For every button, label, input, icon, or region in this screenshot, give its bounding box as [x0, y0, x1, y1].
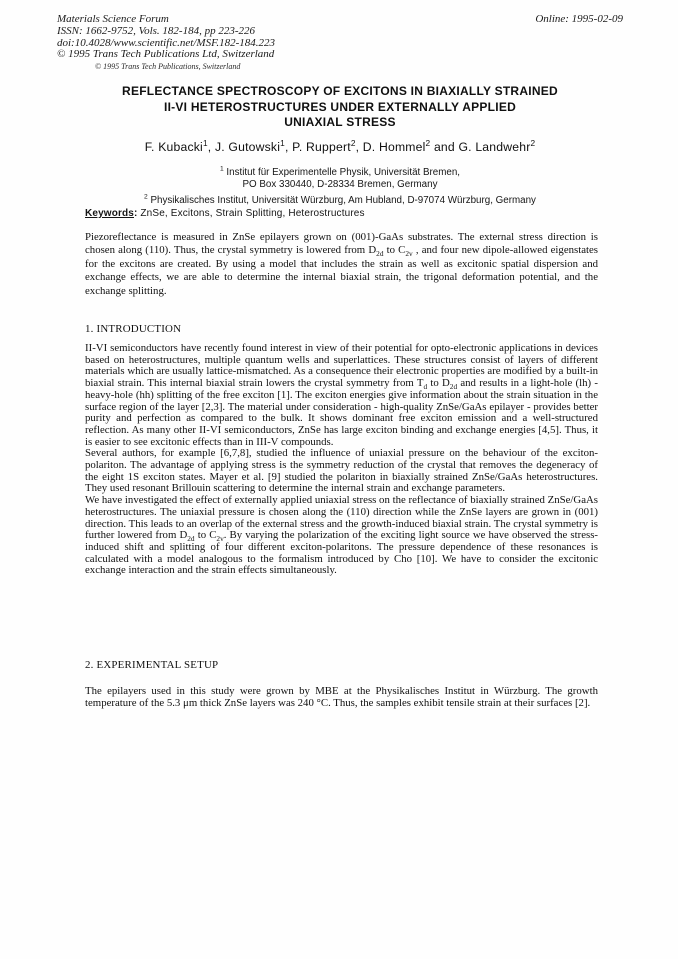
paper-title-line-2: II-VI HETEROSTRUCTURES UNDER EXTERNALLY … [60, 100, 620, 116]
copyright-line: © 1995 Trans Tech Publications Ltd, Swit… [57, 49, 623, 61]
affiliation-1-line-2: PO Box 330440, D-28334 Bremen, Germany [60, 179, 620, 192]
introduction-paragraph-3: We have investigated the effect of exter… [85, 495, 598, 577]
masthead: Materials Science Forum Online: 1995-02-… [57, 14, 623, 72]
section-heading-experimental-setup: 2. EXPERIMENTAL SETUP [85, 659, 218, 671]
online-date: Online: 1995-02-09 [535, 14, 623, 26]
affiliation-1: 1 Institut für Experimentelle Physik, Un… [60, 167, 620, 192]
keywords-text: ZnSe, Excitons, Strain Splitting, Hetero… [137, 208, 364, 219]
authors-line: F. Kubacki1, J. Gutowski1, P. Ruppert2, … [60, 139, 620, 155]
affiliation-2: 2 Physikalisches Institut, Universität W… [60, 195, 620, 208]
section-heading-introduction: 1. INTRODUCTION [85, 323, 181, 335]
paper-title: REFLECTANCE SPECTROSCOPY OF EXCITONS IN … [60, 84, 620, 131]
title-block: REFLECTANCE SPECTROSCOPY OF EXCITONS IN … [60, 84, 620, 207]
copyright-small-line: © 1995 Trans Tech Publications, Switzerl… [95, 62, 623, 72]
issn-line: ISSN: 1662-9752, Vols. 182-184, pp 223-2… [57, 26, 623, 38]
experimental-setup-body: The epilayers used in this study were gr… [85, 686, 598, 709]
affiliation-2-line-1: 2 Physikalisches Institut, Universität W… [60, 195, 620, 208]
document-page: Materials Science Forum Online: 1995-02-… [0, 0, 678, 959]
keywords-label: Keywords [85, 208, 134, 219]
introduction-paragraph-1: II-VI semiconductors have recently found… [85, 343, 598, 448]
introduction-body: II-VI semiconductors have recently found… [85, 343, 598, 577]
paper-title-line-3: UNIAXIAL STRESS [60, 115, 620, 131]
keywords-line: Keywords: ZnSe, Excitons, Strain Splitti… [85, 208, 365, 219]
paper-title-line-1: REFLECTANCE SPECTROSCOPY OF EXCITONS IN … [60, 84, 620, 100]
introduction-paragraph-2: Several authors, for example [6,7,8], st… [85, 448, 598, 495]
abstract-paragraph: Piezoreflectance is measured in ZnSe epi… [85, 231, 598, 298]
experimental-paragraph-1: The epilayers used in this study were gr… [85, 686, 598, 709]
affiliation-1-line-1: 1 Institut für Experimentelle Physik, Un… [60, 167, 620, 180]
